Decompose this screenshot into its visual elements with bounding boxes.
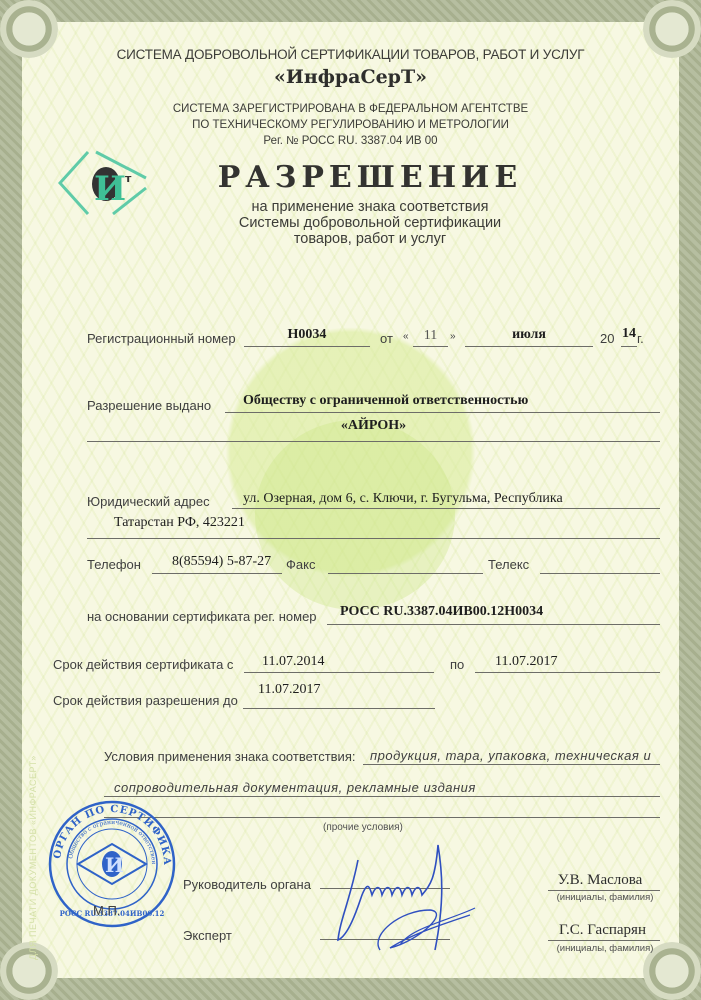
certificate-number-label: на основании сертификата рег. номер <box>87 609 317 624</box>
year-unit: г. <box>637 331 644 346</box>
conditions-label: Условия применения знака соответствия: <box>104 749 355 764</box>
watermark-logo-icon <box>255 420 455 610</box>
permit-validity-label: Срок действия разрешения до <box>53 693 238 708</box>
registration-number-label: Регистрационный номер <box>87 331 236 346</box>
phone-label: Телефон <box>87 557 141 572</box>
conditions-line-2: сопроводительная документация, рекламные… <box>114 780 476 795</box>
brand-name: «ИнфраСерТ» <box>0 66 701 88</box>
registration-day: 11 <box>413 328 448 344</box>
expert-label: Эксперт <box>183 928 232 943</box>
fax-label: Факс <box>286 557 315 572</box>
registration-line-1: СИСТЕМА ЗАРЕГИСТРИРОВАНА В ФЕДЕРАЛЬНОМ А… <box>0 101 701 117</box>
issued-to-line-2: «АЙРОН» <box>87 418 660 434</box>
expert-name: Г.С. Гаспарян <box>540 922 665 939</box>
certificate-valid-to: 11.07.2017 <box>495 654 557 670</box>
seal-place-label: М.П. <box>93 903 120 918</box>
svg-text:И: И <box>105 853 124 877</box>
subtitle-line-1: на применение знака соответствия <box>120 199 620 215</box>
conditions-line-1: продукция, тара, упаковка, техническая и <box>370 748 651 763</box>
year-prefix: 20 <box>600 331 614 346</box>
quote-open: « <box>403 331 409 342</box>
registration-line-2: ПО ТЕХНИЧЕСКОМУ РЕГУЛИРОВАНИЮ И МЕТРОЛОГ… <box>0 117 701 133</box>
document-title: РАЗРЕШЕНИЕ <box>120 160 620 195</box>
legal-address-line-1: ул. Озерная, дом 6, с. Ключи, г. Бугульм… <box>243 491 563 507</box>
phone-value: 8(85594) 5-87-27 <box>172 554 271 570</box>
expert-name-caption: (инициалы, фамилия) <box>540 943 670 954</box>
other-conditions-caption: (прочие условия) <box>323 822 403 833</box>
subtitle-line-3: товаров, работ и услуг <box>120 231 620 247</box>
certificate-validity-label: Срок действия сертификата с <box>53 657 233 672</box>
document-subtitle: на применение знака соответствия Системы… <box>120 199 620 247</box>
validity-to-label: по <box>450 657 464 672</box>
head-of-body-name: У.В. Маслова <box>540 872 660 889</box>
head-of-body-label: Руководитель органа <box>183 877 311 892</box>
certificate-number-value: РОСС RU.3387.04ИВ00.12Н0034 <box>340 604 543 620</box>
registration-month: июля <box>465 327 593 343</box>
legal-address-line-2: Татарстан РФ, 423221 <box>114 515 245 531</box>
issued-to-label: Разрешение выдано <box>87 398 211 413</box>
issued-to-line-1: Обществу с ограниченной ответственностью <box>243 393 528 409</box>
telex-label: Телекс <box>488 557 529 572</box>
permit-valid-to: 11.07.2017 <box>258 682 320 698</box>
registration-info: СИСТЕМА ЗАРЕГИСТРИРОВАНА В ФЕДЕРАЛЬНОМ А… <box>0 101 701 149</box>
year-suffix: 14 <box>622 326 636 342</box>
system-name: СИСТЕМА ДОБРОВОЛЬНОЙ СЕРТИФИКАЦИИ ТОВАРО… <box>0 47 701 62</box>
subtitle-line-2: Системы добровольной сертификации <box>120 215 620 231</box>
quote-close: » <box>450 331 456 342</box>
certificate-valid-from: 11.07.2014 <box>262 654 324 670</box>
head-name-caption: (инициалы, фамилия) <box>540 892 670 903</box>
registration-number-value: Н0034 <box>244 327 370 343</box>
from-label: от <box>380 331 393 346</box>
handwritten-signature-icon <box>320 840 480 958</box>
system-registration-number: Рег. № РОСС RU. 3387.04 ИВ 00 <box>0 133 701 149</box>
side-security-text: ДЛЯ ПЕЧАТИ ДОКУМЕНТОВ «ИНФРАСЕРТ» <box>28 755 38 960</box>
legal-address-label: Юридический адрес <box>87 494 210 509</box>
